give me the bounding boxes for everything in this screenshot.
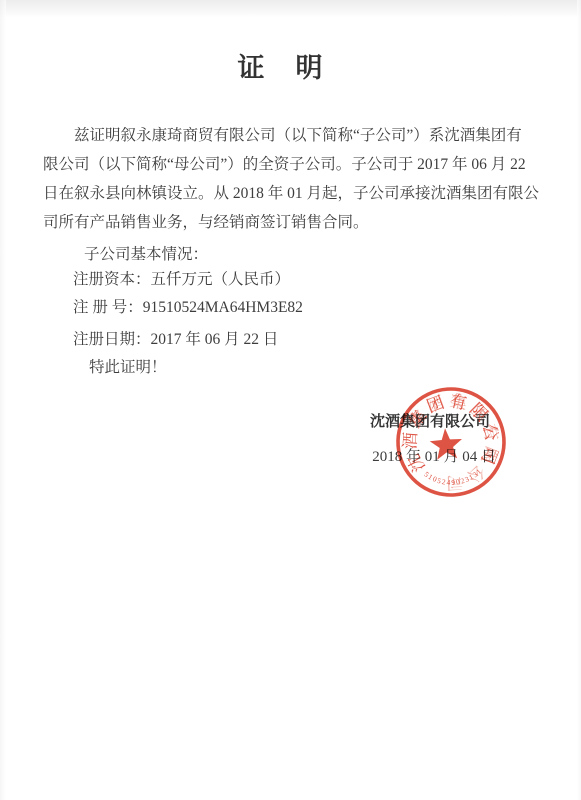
registration-date-value: 2017 年 06 月 22 日 bbox=[151, 331, 279, 348]
signature-date: 2018 年 01 月 04 日 bbox=[330, 447, 496, 468]
signature-company-name: 沈酒集团有限公司 bbox=[330, 412, 490, 433]
paragraph-line-1: 兹证明叙永康琦商贸有限公司（以下简称“子公司”）系沈酒集团有 bbox=[43, 121, 541, 150]
paragraph-line-4: 司所有产品销售业务，与经销商签订销售合同。 bbox=[43, 208, 541, 237]
scan-edge-top bbox=[0, 0, 581, 18]
paragraph-line-2: 限公司（以下简称“母公司”）的全资子公司。子公司于 2017 年 06 月 22 bbox=[43, 150, 541, 179]
document-title: 证 明 bbox=[0, 46, 562, 85]
registration-number-label: 注 册 号： bbox=[73, 299, 143, 316]
subsidiary-info-heading: 子公司基本情况： bbox=[84, 244, 208, 266]
registered-capital-value: 五仟万元（人民币） bbox=[151, 271, 291, 288]
registration-number-value: 91510524MA64HM3E82 bbox=[143, 299, 303, 316]
certificate-page: 证 明 兹证明叙永康琦商贸有限公司（以下简称“子公司”）系沈酒集团有 限公司（以… bbox=[0, 0, 581, 800]
registered-capital-label: 注册资本： bbox=[73, 271, 151, 288]
scan-edge-right bbox=[577, 0, 581, 800]
closing-statement: 特此证明！ bbox=[89, 357, 167, 379]
paragraph-line-3: 日在叙永县向林镇设立。从 2018 年 01 月起，子公司承接沈酒集团有限公 bbox=[43, 179, 541, 208]
signature-block: 沈酒集团有限公司 2018 年 01 月 04 日 bbox=[330, 412, 497, 468]
scan-edge-left bbox=[0, 0, 6, 800]
certificate-body-paragraph: 兹证明叙永康琦商贸有限公司（以下简称“子公司”）系沈酒集团有 限公司（以下简称“… bbox=[43, 121, 541, 237]
registration-number-row: 注 册 号：91510524MA64HM3E82 bbox=[73, 297, 303, 319]
registered-capital-row: 注册资本：五仟万元（人民币） bbox=[73, 269, 290, 291]
seal-number-arc-text: 5105249023131 bbox=[422, 466, 485, 489]
registration-date-label: 注册日期： bbox=[73, 331, 151, 348]
registration-date-row: 注册日期：2017 年 06 月 22 日 bbox=[73, 329, 278, 351]
